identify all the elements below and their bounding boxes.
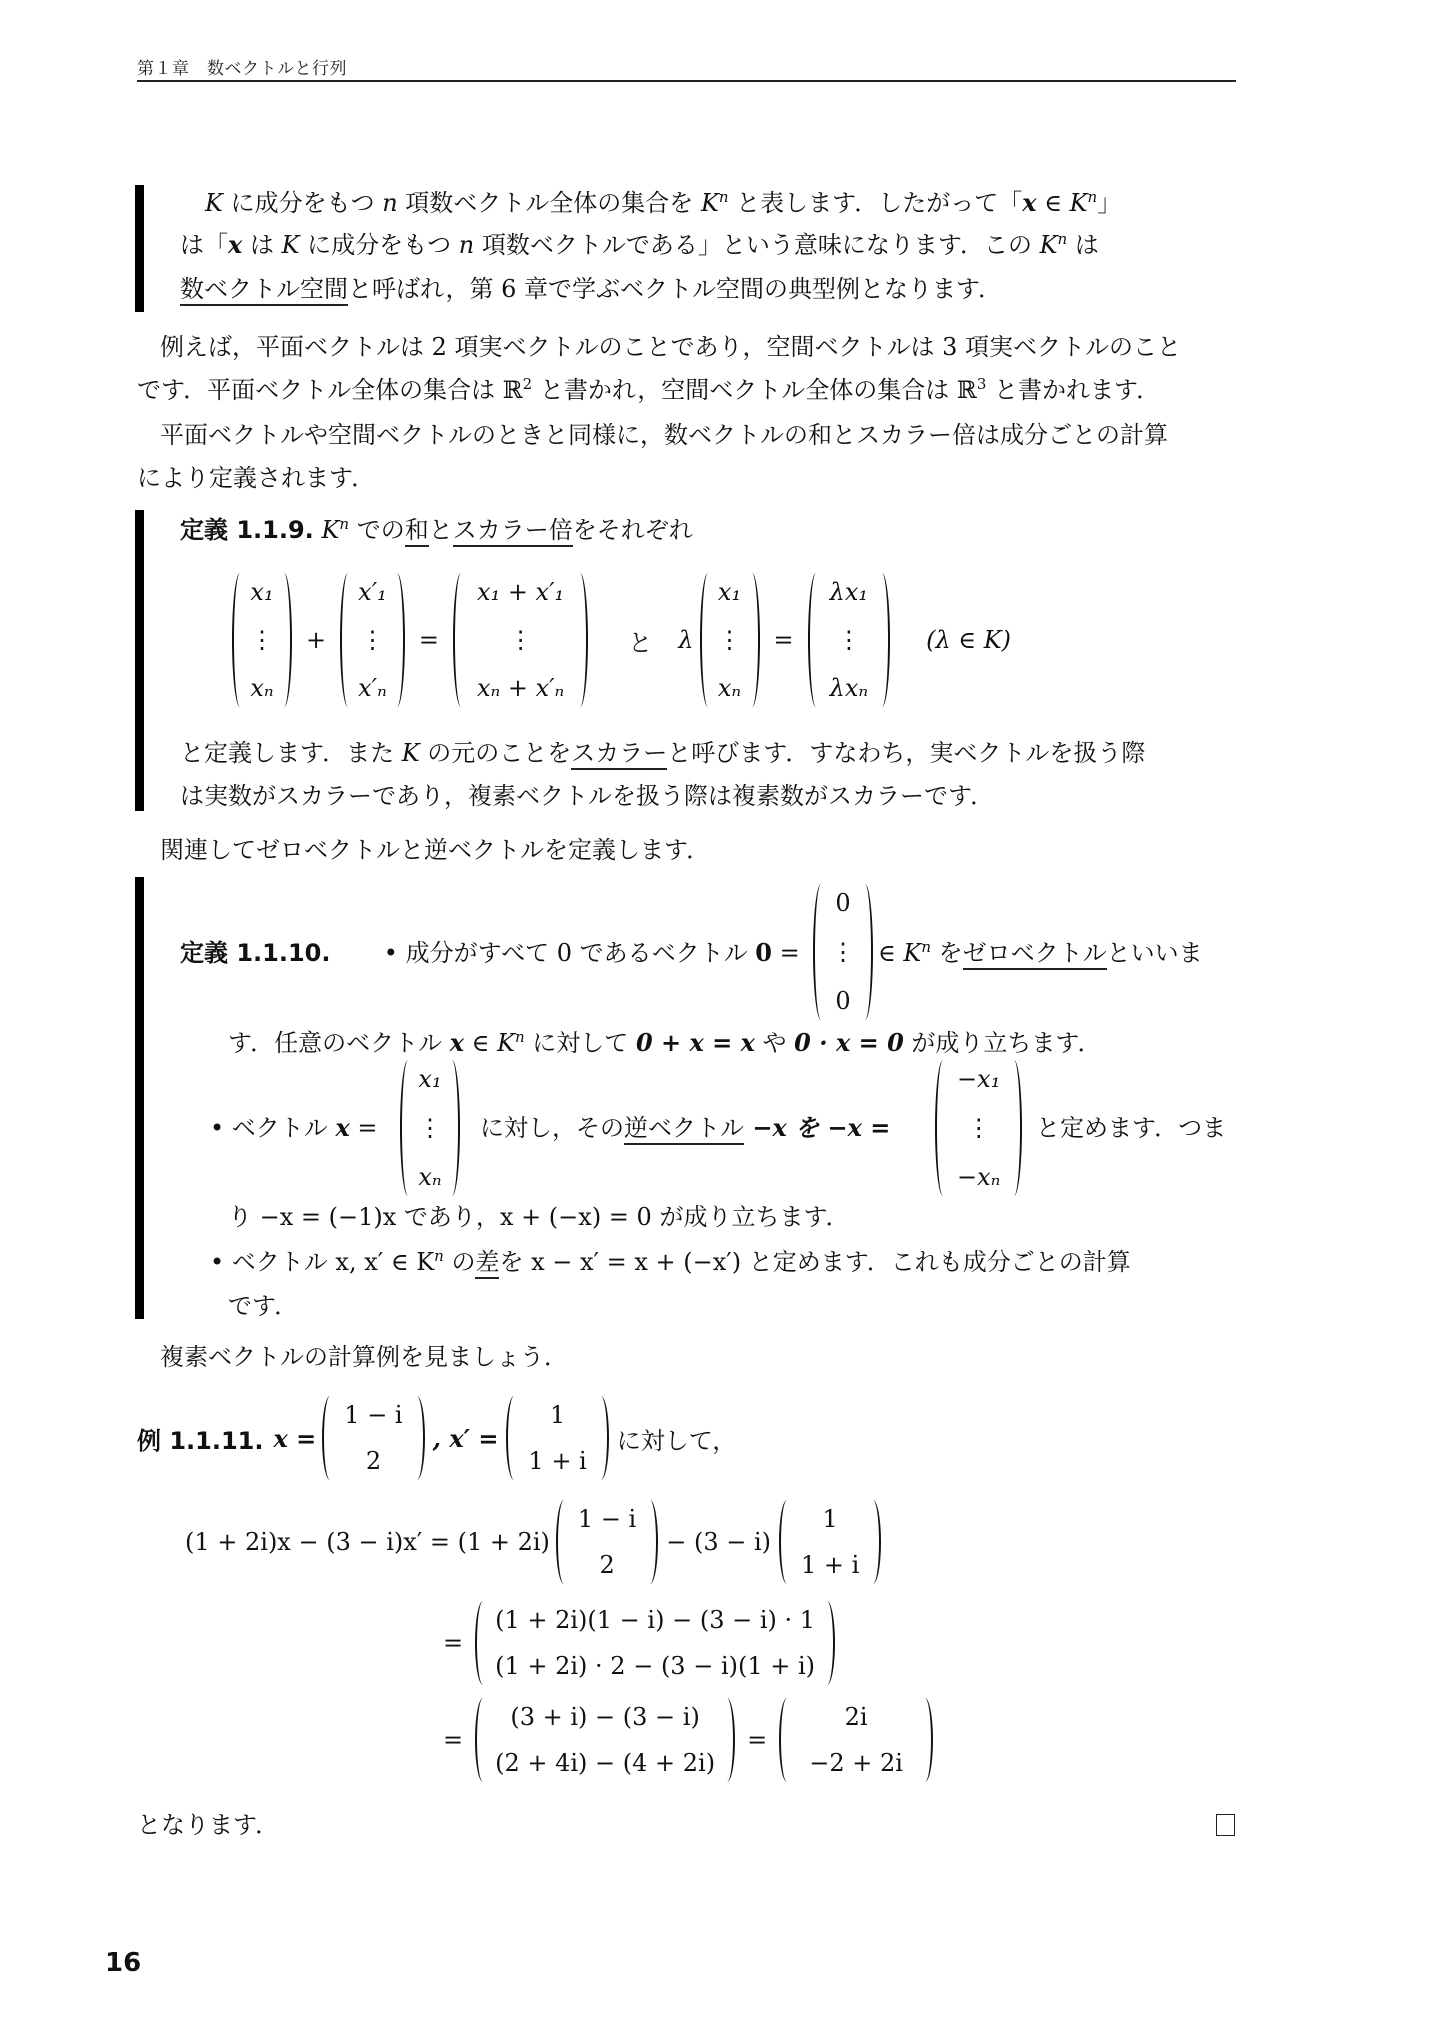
text: での xyxy=(349,516,405,544)
vector-x: x₁ ⋮ xₙ xyxy=(700,573,760,707)
math-sup-n: n xyxy=(1088,188,1098,206)
matrix-cells: x₁ + x′₁ ⋮ xₙ + x′ₙ xyxy=(469,573,572,707)
bullet-icon: • xyxy=(384,939,398,967)
cell: 1 − i xyxy=(344,1400,402,1430)
cell: (3 + i) − (3 − i) xyxy=(510,1702,699,1732)
intro-line-1: K に成分をもつ n 項数ベクトル全体の集合を Kn と表します．したがって「x… xyxy=(205,188,1121,218)
math-in: ∈ xyxy=(464,1029,497,1057)
vdots: ⋮ xyxy=(967,1118,991,1138)
cell: −2 + 2i xyxy=(809,1748,903,1778)
cell: 2i xyxy=(845,1702,868,1732)
text: と表します．したがって「 xyxy=(729,189,1023,217)
cell: 1 + i xyxy=(528,1446,586,1476)
left-paren xyxy=(779,1500,795,1584)
right-paren xyxy=(857,884,873,1020)
math-sup-n: n xyxy=(339,515,349,533)
text: といいま xyxy=(1107,939,1203,967)
math-K: K xyxy=(321,516,339,544)
right-paren xyxy=(819,1601,835,1685)
running-header: 第１章 数ベクトルと行列 xyxy=(137,54,347,79)
matrix-cells: 1 − i 2 xyxy=(572,1500,642,1584)
definition-1-1-10-bullet-2-tail: と定めます．つま xyxy=(1036,1113,1226,1143)
cell: x₁ xyxy=(418,1064,441,1094)
qed-icon xyxy=(1216,1814,1235,1836)
equals-sign: = xyxy=(772,939,800,967)
matrix-cells: −x₁ ⋮ −xₙ xyxy=(951,1060,1006,1196)
equals-sign: = xyxy=(443,1726,463,1754)
remark-bar xyxy=(135,185,144,312)
vector-x-prime-value: 1 1 + i xyxy=(506,1396,608,1480)
text: に対し，その xyxy=(480,1114,624,1142)
text: 」 xyxy=(1097,189,1121,217)
para-examples-line-1: 例えば，平面ベクトルは 2 項実ベクトルのことであり，空間ベクトルは 3 項実ベ… xyxy=(160,332,1181,362)
cell: −x₁ xyxy=(957,1064,1000,1094)
example-1-1-11-heading: 例 1.1.11. x = 1 − i 2 , x′ = 1 1 + i に対し… xyxy=(137,1393,736,1483)
vdots: ⋮ xyxy=(509,630,533,650)
left-paren xyxy=(813,884,829,1020)
matrix-cells: λx₁ ⋮ λxₙ xyxy=(824,573,874,707)
math-sup-n: n xyxy=(1058,230,1068,248)
left-paren xyxy=(935,1060,951,1196)
cell: 2 xyxy=(599,1550,614,1580)
zero-vector-matrix: 0 ⋮ 0 xyxy=(813,884,873,1020)
math-n: n xyxy=(382,189,397,217)
text: と書かれ，空間ベクトル全体の集合は ℝ xyxy=(532,376,977,404)
vdots: ⋮ xyxy=(718,630,742,650)
math-K: K xyxy=(282,231,300,259)
vector: 1 1 + i xyxy=(779,1500,881,1584)
text: を xyxy=(931,939,963,967)
para-related: 関連してゼロベクトルと逆ベクトルを定義します． xyxy=(160,835,710,865)
matrix-cells: (1 + 2i)(1 − i) − (3 − i) · 1 (1 + 2i) ·… xyxy=(491,1601,819,1685)
matrix-cells: x₁ ⋮ xₙ xyxy=(416,1060,444,1196)
definition-1-1-9-after-line-2: は実数がスカラーであり，複素ベクトルを扱う際は複素数がスカラーです． xyxy=(180,781,994,811)
definition-1-1-10-bullet-2: • ベクトル x = xyxy=(210,1113,378,1143)
text: や xyxy=(755,1029,794,1057)
math-x-bold: x xyxy=(1022,188,1036,217)
para-complex: 複素ベクトルの計算例を見ましょう． xyxy=(160,1342,568,1372)
left-paren xyxy=(556,1500,572,1584)
cell: 0 xyxy=(835,986,850,1016)
text: 成分がすべて 0 であるベクトル xyxy=(406,939,756,967)
definition-label: 定義 1.1.10. xyxy=(180,939,331,967)
definition-bar-1-1-9 xyxy=(135,510,144,811)
vector-sum: x₁ + x′₁ ⋮ xₙ + x′ₙ xyxy=(453,573,588,707)
right-paren xyxy=(276,573,292,707)
text: 項数ベクトル全体の集合を xyxy=(398,189,701,217)
right-paren xyxy=(744,573,760,707)
result-vector: 2i −2 + 2i xyxy=(779,1698,933,1782)
bullet-icon: • xyxy=(210,1248,224,1276)
left-paren xyxy=(475,1698,491,1782)
text: に成分をもつ xyxy=(223,189,382,217)
cell: −xₙ xyxy=(957,1162,1000,1192)
equals-sign: = xyxy=(747,1726,767,1754)
text: は xyxy=(1067,231,1099,259)
left-paren xyxy=(322,1396,338,1480)
vector-x-matrix: x₁ ⋮ xₙ xyxy=(400,1060,460,1196)
vector: (1 + 2i)(1 − i) − (3 − i) · 1 (1 + 2i) ·… xyxy=(475,1601,835,1685)
math-K: K xyxy=(205,189,223,217)
math-K: K xyxy=(1040,231,1058,259)
cell: 1 xyxy=(550,1400,565,1430)
right-paren xyxy=(917,1698,933,1782)
math-in: ∈ xyxy=(878,939,903,967)
matrix: 0 ⋮ 0 xyxy=(813,884,873,1020)
matrix-cells: 1 1 + i xyxy=(522,1396,592,1480)
cell: x₁ xyxy=(718,577,741,607)
right-paren xyxy=(642,1500,658,1584)
math-x-bold: x xyxy=(450,1028,464,1057)
cell: 0 xyxy=(835,888,850,918)
text: ベクトル x, x′ ∈ K xyxy=(232,1248,434,1276)
text: と xyxy=(429,516,453,544)
example-label: 例 1.1.11. xyxy=(137,1421,264,1456)
definition-1-1-10-bullet-1-line-2: す．任意のベクトル x ∈ Kn に対して 0 + x = x や 0 · x … xyxy=(228,1028,1101,1058)
para-sum-line-2: により定義されます． xyxy=(137,463,375,493)
definition-1-1-10-bullet-1-tail: ∈ Kn をゼロベクトルといいま xyxy=(878,938,1203,968)
math-n: n xyxy=(459,231,474,259)
left-paren xyxy=(400,1060,416,1196)
cell: (2 + 4i) − (4 + 2i) xyxy=(495,1748,715,1778)
term-scalar: スカラー xyxy=(571,739,667,770)
vector-x: x₁ ⋮ xₙ xyxy=(232,573,292,707)
definition-label: 定義 1.1.9. xyxy=(180,516,314,544)
right-paren xyxy=(572,573,588,707)
intro-line-2: は「x は K に成分をもつ n 項数ベクトルである」という意味になります．この… xyxy=(180,230,1099,260)
example-closing: となります． xyxy=(137,1810,279,1840)
math-sup-n: n xyxy=(434,1247,444,1265)
math-sup: 2 xyxy=(523,375,533,393)
matrix-cells: 1 1 + i xyxy=(795,1500,865,1584)
cell: xₙ + x′ₙ xyxy=(477,673,564,703)
math-text: −x を −x = xyxy=(744,1113,890,1142)
definition-1-1-10-bullet-1: 定義 1.1.10. • 成分がすべて 0 であるベクトル 0 = xyxy=(180,938,800,968)
text: と書かれます． xyxy=(986,376,1160,404)
left-paren xyxy=(506,1396,522,1480)
para-sum-line-1: 平面ベクトルや空間ベクトルのときと同様に，数ベクトルの和とスカラー倍は成分ごとの… xyxy=(160,420,1168,450)
cell: 2 xyxy=(366,1446,381,1476)
matrix-cells: x′₁ ⋮ x′ₙ xyxy=(356,573,389,707)
example-calc-step-3: = (3 + i) − (3 − i) (2 + 4i) − (4 + 2i) … xyxy=(443,1697,933,1783)
text: を x − x′ = x + (−x′) と定めます．これも成分ごとの計算 xyxy=(499,1248,1130,1276)
text: は「 xyxy=(180,231,228,259)
right-paren xyxy=(874,573,890,707)
cell: x′₁ xyxy=(358,577,387,607)
cell: (1 + 2i)(1 − i) − (3 − i) · 1 xyxy=(495,1605,815,1635)
negative-vector-matrix: −x₁ ⋮ −xₙ xyxy=(935,1060,1022,1196)
term-inverse-vector: 逆ベクトル xyxy=(624,1114,744,1145)
math-x-bold: x xyxy=(335,1113,349,1142)
math-expression: (1 + 2i)x − (3 − i)x′ = (1 + 2i) xyxy=(185,1528,550,1556)
vector: 1 − i 2 xyxy=(556,1500,658,1584)
text: と呼ばれ，第 6 章で学ぶベクトル空間の典型例となります． xyxy=(348,275,1002,303)
equals-sign: = xyxy=(774,626,794,654)
vector-x-prime: x′₁ ⋮ x′ₙ xyxy=(340,573,405,707)
matrix-cells: 2i −2 + 2i xyxy=(795,1698,917,1782)
text: をそれぞれ xyxy=(573,516,693,544)
bullet-icon: • xyxy=(210,1114,224,1142)
left-paren xyxy=(340,573,356,707)
text: に対して xyxy=(525,1029,636,1057)
text: と呼びます．すなわち，実ベクトルを扱う際 xyxy=(667,739,1145,767)
left-paren xyxy=(475,1601,491,1685)
vdots: ⋮ xyxy=(837,630,861,650)
math-lambda: λ xyxy=(678,626,693,654)
left-paren xyxy=(453,573,469,707)
left-paren xyxy=(779,1698,795,1782)
cell: (1 + 2i) · 2 − (3 − i)(1 + i) xyxy=(495,1651,815,1681)
math-K: K xyxy=(402,739,420,767)
text: が成り立ちます． xyxy=(904,1029,1102,1057)
definition-1-1-9-after-line-1: と定義します．また K の元のことをスカラーと呼びます．すなわち，実ベクトルを扱… xyxy=(180,738,1145,768)
header-rule xyxy=(137,80,1236,82)
matrix-cells: x₁ ⋮ xₙ xyxy=(716,573,744,707)
definition-1-1-9-equation: x₁ ⋮ xₙ + x′₁ ⋮ x′ₙ = x₁ + x′₁ ⋮ xₙ + x′… xyxy=(232,570,1011,710)
intro-line-3: 数ベクトル空間と呼ばれ，第 6 章で学ぶベクトル空間の典型例となります． xyxy=(180,274,1002,304)
equals-sign: = xyxy=(350,1114,378,1142)
text: 項数ベクトルである」という意味になります．この xyxy=(474,231,1039,259)
cell: λx₁ xyxy=(830,577,868,607)
math-equation: 0 · x = 0 xyxy=(794,1028,904,1057)
term-zero-vector: ゼロベクトル xyxy=(963,939,1107,970)
equals-sign: = xyxy=(419,626,439,654)
math-sup-n: n xyxy=(515,1028,525,1046)
cell: x₁ + x′₁ xyxy=(477,577,564,607)
right-paren xyxy=(1006,1060,1022,1196)
matrix: x₁ ⋮ xₙ xyxy=(400,1060,460,1196)
math-zero-vector: 0 xyxy=(755,938,772,967)
left-paren xyxy=(808,573,824,707)
term-difference: 差 xyxy=(475,1248,499,1279)
definition-1-1-10-bullet-3-line-2: です． xyxy=(228,1291,298,1321)
definition-1-1-9-heading: 定義 1.1.9. Kn での和とスカラー倍をそれぞれ xyxy=(180,515,693,545)
cell: 1 xyxy=(823,1504,838,1534)
left-paren xyxy=(232,573,248,707)
text: の xyxy=(444,1248,476,1276)
matrix-cells: 1 − i 2 xyxy=(338,1396,408,1480)
math-x-bold: x xyxy=(228,230,242,259)
vector-x-value: 1 − i 2 xyxy=(322,1396,424,1480)
definition-1-1-10-bullet-2-line-2: り −x = (−1)x であり，x + (−x) = 0 が成り立ちます． xyxy=(228,1202,850,1232)
term-number-vector-space: 数ベクトル空間 xyxy=(180,275,348,306)
text: の元のことを xyxy=(420,739,572,767)
math-x-prime-equals: , x′ = xyxy=(433,1424,499,1453)
text: と定義します．また xyxy=(180,739,402,767)
right-paren xyxy=(409,1396,425,1480)
text: に対して， xyxy=(617,1421,737,1456)
condition-lambda-in-K: (λ ∈ K) xyxy=(926,626,1011,654)
cell: x′ₙ xyxy=(358,673,387,703)
matrix-cells: 0 ⋮ 0 xyxy=(829,884,857,1020)
example-calc-step-2: = (1 + 2i)(1 − i) − (3 − i) · 1 (1 + 2i)… xyxy=(443,1600,835,1686)
definition-bar-1-1-10 xyxy=(135,877,144,1319)
text: です．平面ベクトル全体の集合は ℝ xyxy=(137,376,523,404)
math-K: K xyxy=(497,1029,515,1057)
definition-1-1-10-bullet-3: • ベクトル x, x′ ∈ Kn の差を x − x′ = x + (−x′)… xyxy=(210,1247,1131,1277)
example-calc-step-1: (1 + 2i)x − (3 − i)x′ = (1 + 2i) 1 − i 2… xyxy=(185,1497,881,1587)
vdots: ⋮ xyxy=(418,1118,442,1138)
cell: xₙ xyxy=(250,673,273,703)
math-sup-n: n xyxy=(921,938,931,956)
equals-sign: = xyxy=(443,1629,463,1657)
math-sup: 3 xyxy=(977,375,987,393)
vector: (3 + i) − (3 − i) (2 + 4i) − (4 + 2i) xyxy=(475,1698,735,1782)
text-and: と xyxy=(628,623,652,658)
right-paren xyxy=(865,1500,881,1584)
matrix-cells: x₁ ⋮ xₙ xyxy=(248,573,276,707)
cell: xₙ xyxy=(718,673,741,703)
math-equation: 0 + x = x xyxy=(636,1028,755,1057)
matrix-cells: (3 + i) − (3 − i) (2 + 4i) − (4 + 2i) xyxy=(491,1698,719,1782)
text: は xyxy=(242,231,281,259)
vdots: ⋮ xyxy=(250,630,274,650)
cell: 1 − i xyxy=(578,1504,636,1534)
plus-sign: + xyxy=(306,626,326,654)
cell: λxₙ xyxy=(830,673,868,703)
page-number: 16 xyxy=(105,1948,141,1978)
vdots: ⋮ xyxy=(360,630,384,650)
text: す．任意のベクトル xyxy=(228,1029,450,1057)
math-in: ∈ xyxy=(1037,189,1070,217)
left-paren xyxy=(700,573,716,707)
math-x-equals: x = xyxy=(274,1424,317,1453)
right-paren xyxy=(444,1060,460,1196)
matrix: −x₁ ⋮ −xₙ xyxy=(935,1060,1022,1196)
math-sup-n: n xyxy=(719,188,729,206)
right-paren xyxy=(389,573,405,707)
para-examples-line-2: です．平面ベクトル全体の集合は ℝ2 と書かれ，空間ベクトル全体の集合は ℝ3 … xyxy=(137,375,1160,405)
math-expression: − (3 − i) xyxy=(666,1528,771,1556)
term-scalar-multiple: スカラー倍 xyxy=(453,516,573,547)
text: ベクトル xyxy=(232,1114,336,1142)
math-K: K xyxy=(701,189,719,217)
cell: x₁ xyxy=(250,577,273,607)
vdots: ⋮ xyxy=(831,942,855,962)
vector-lambda-x: λx₁ ⋮ λxₙ xyxy=(808,573,890,707)
cell: xₙ xyxy=(418,1162,441,1192)
definition-1-1-10-bullet-2-mid: に対し，その逆ベクトル −x を −x = xyxy=(480,1113,890,1143)
math-K: K xyxy=(1070,189,1088,217)
math-K: K xyxy=(903,939,921,967)
right-paren xyxy=(593,1396,609,1480)
term-sum: 和 xyxy=(405,516,429,547)
right-paren xyxy=(719,1698,735,1782)
cell: 1 + i xyxy=(801,1550,859,1580)
text: に成分をもつ xyxy=(300,231,459,259)
